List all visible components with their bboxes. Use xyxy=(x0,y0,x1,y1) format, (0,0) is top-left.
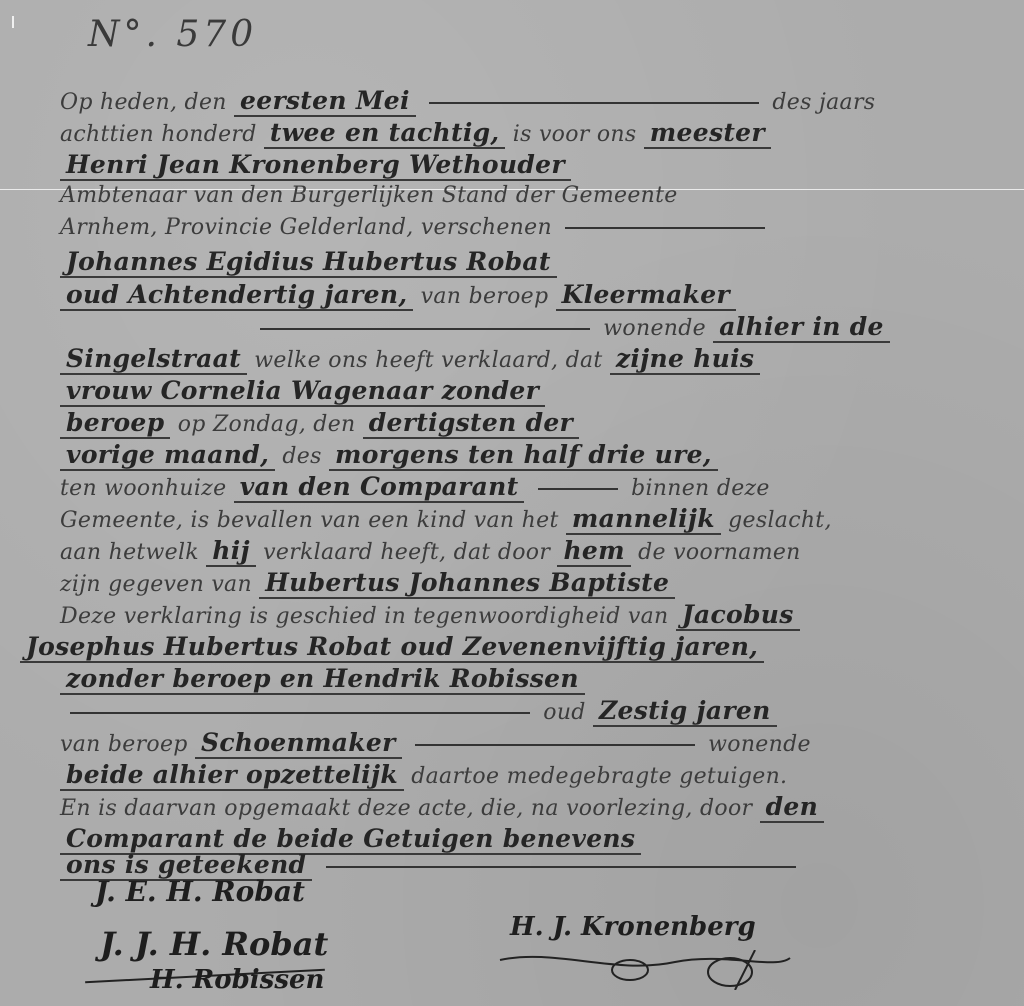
record-line: Gemeente, is bevallen van een kind van h… xyxy=(60,504,975,533)
father-occupation: Kleermaker xyxy=(556,280,736,311)
blank-rule xyxy=(538,488,618,490)
date-day-month: eersten Mei xyxy=(234,86,416,117)
record-line: beroep op Zondag, den dertigsten der xyxy=(60,408,975,437)
child-given-names: Hubertus Johannes Baptiste xyxy=(259,568,675,599)
record-line: Ambtenaar van den Burgerlijken Stand der… xyxy=(60,183,975,208)
record-line: En is daarvan opgemaakt deze acte, die, … xyxy=(60,792,975,821)
record-line: vorige maand, des morgens ten half drie … xyxy=(60,440,975,469)
witnesses-residence: beide alhier opzettelijk xyxy=(60,760,404,791)
birth-month: vorige maand, xyxy=(60,440,275,471)
record-line: oud Achtendertig jaren, van beroep Kleer… xyxy=(60,280,975,309)
witness-2-age: Zestig jaren xyxy=(593,696,777,727)
blank-rule xyxy=(260,328,590,330)
blank-rule xyxy=(70,712,530,714)
record-line: Op heden, den eersten Mei des jaars xyxy=(60,86,975,115)
signature-witness-1: J. J. H. Robat xyxy=(100,925,328,963)
record-line: vrouw Cornelia Wagenaar zonder xyxy=(60,376,975,405)
birth-time: morgens ten half drie ure, xyxy=(329,440,718,471)
father-residence: alhier in de xyxy=(713,312,890,343)
record-line: Henri Jean Kronenberg Wethouder xyxy=(60,150,975,179)
mother-name: vrouw Cornelia Wagenaar zonder xyxy=(60,376,545,407)
registrar-title: meester xyxy=(644,118,771,149)
birth-record-scan: N°. 570 Op heden, den eersten Mei des ja… xyxy=(0,0,1024,1006)
record-line: beide alhier opzettelijk daartoe medegeb… xyxy=(60,760,975,789)
record-line: Josephus Hubertus Robat oud Zevenenvijft… xyxy=(20,632,935,661)
child-sex: mannelijk xyxy=(566,504,721,535)
blank-rule xyxy=(565,227,765,229)
record-line: ten woonhuize van den Comparant binnen d… xyxy=(60,472,975,501)
declarant-pronoun: hij xyxy=(206,536,256,567)
record-line: Singelstraat welke ons heeft verklaard, … xyxy=(60,344,975,373)
father-name: Johannes Egidius Hubertus Robat xyxy=(60,247,557,278)
blank-rule xyxy=(415,744,695,746)
record-line: zijn gegeven van Hubertus Johannes Bapti… xyxy=(60,568,975,597)
record-line: achttien honderd twee en tachtig, is voo… xyxy=(60,118,975,147)
naming-pronoun: hem xyxy=(557,536,630,567)
record-line: Comparant de beide Getuigen benevens xyxy=(60,824,975,853)
record-line: Deze verklaring is geschied in tegenwoor… xyxy=(60,600,975,629)
witness-1-name-age: Josephus Hubertus Robat oud Zevenenvijft… xyxy=(20,632,764,663)
record-number: N°. 570 xyxy=(88,14,257,55)
birth-day: dertigsten der xyxy=(363,408,579,439)
signature-registrar: H. J. Kronenberg xyxy=(510,912,756,942)
record-line: van beroep Schoenmaker wonende xyxy=(60,728,975,757)
record-line: zonder beroep en Hendrik Robissen xyxy=(60,664,975,693)
birth-place: van den Comparant xyxy=(234,472,525,503)
mother-occupation: beroep xyxy=(60,408,170,439)
signature-witness-2: H. Robissen xyxy=(150,965,324,995)
closing-rule xyxy=(326,866,796,868)
record-line: Arnhem, Provincie Gelderland, verschenen xyxy=(60,215,975,240)
date-year: twee en tachtig, xyxy=(264,118,506,149)
signatory-article: den xyxy=(760,792,824,823)
wife-relation: zijne huis xyxy=(610,344,760,375)
registrar-flourish-icon xyxy=(495,950,795,990)
street-name: Singelstraat xyxy=(60,344,247,375)
record-line: wonende alhier in de xyxy=(60,312,975,341)
record-line: Johannes Egidius Hubertus Robat xyxy=(60,247,975,276)
record-line: aan hetwelk hij verklaard heeft, dat doo… xyxy=(60,536,975,565)
witness-2-occupation: Schoenmaker xyxy=(195,728,402,759)
father-age: oud Achtendertig jaren, xyxy=(60,280,413,311)
margin-mark xyxy=(12,16,14,28)
signature-father: J. E. H. Robat xyxy=(95,875,305,908)
blank-rule xyxy=(429,102,759,104)
witness-2-name: zonder beroep en Hendrik Robissen xyxy=(60,664,585,695)
record-line: oud Zestig jaren xyxy=(60,696,975,725)
witness-1-first-name: Jacobus xyxy=(676,600,800,631)
registrar-name: Henri Jean Kronenberg Wethouder xyxy=(60,150,571,181)
